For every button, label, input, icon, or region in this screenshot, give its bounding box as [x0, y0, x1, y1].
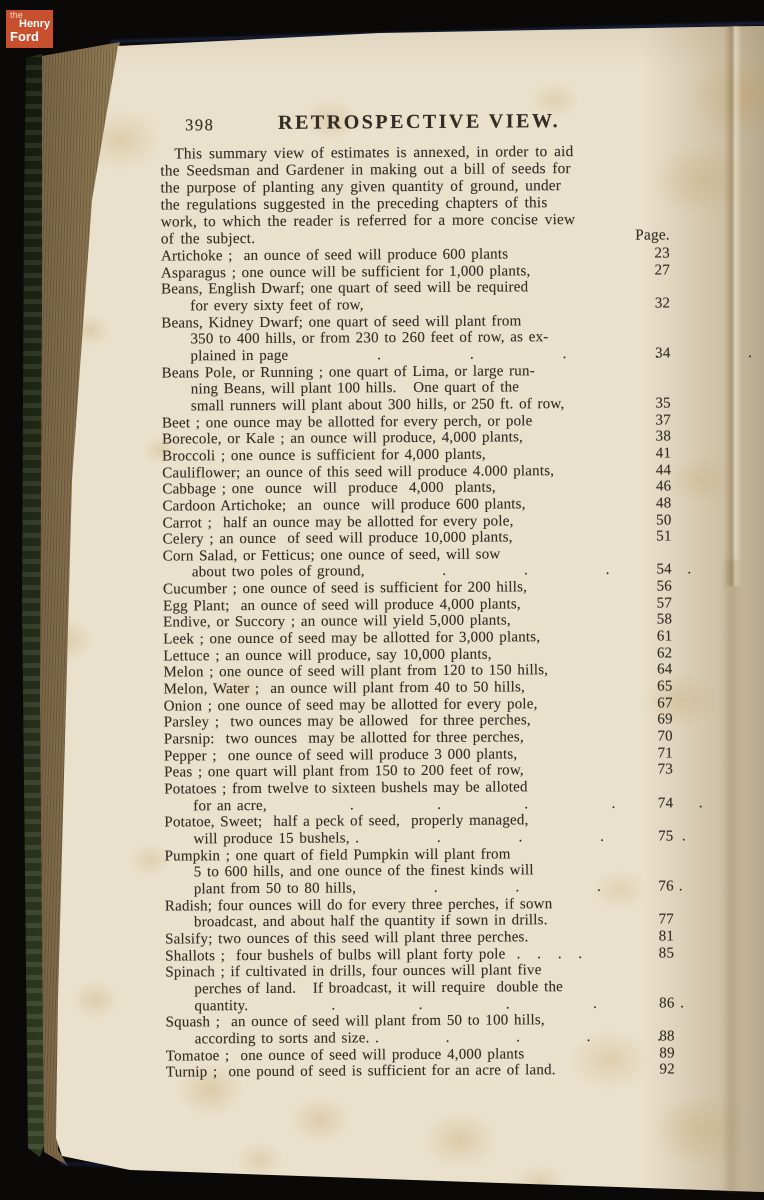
list-item: Squash ; an ounce of seed will plant fro… — [166, 1012, 675, 1048]
henry-ford-logo: the Henry Ford — [6, 10, 53, 48]
list-item: Potatoes ; from twelve to sixteen bushel… — [164, 778, 673, 814]
entry-page-number: 81 — [659, 928, 675, 945]
entry-page-number: 58 — [657, 612, 673, 629]
entries-list: Artichoke ; an ounce of seed will produc… — [161, 245, 675, 1081]
entry-page-number: 34 — [655, 345, 671, 362]
list-item: Spinach ; if cultivated in drills, four … — [165, 962, 674, 1015]
entry-page-number: 56 — [656, 579, 672, 596]
entry-page-number: 77 — [659, 912, 675, 929]
list-item: Corn Salad, or Fetticus; one ounce of se… — [163, 545, 672, 581]
entry-page-number: 86 — [659, 995, 675, 1012]
page-header: 398 RETROSPECTIVE VIEW. — [160, 109, 669, 139]
list-item: Beans, English Dwarf; one quart of seed … — [161, 279, 670, 315]
entry-page-number: 65 — [657, 679, 673, 696]
entry-page-number: 41 — [656, 445, 672, 462]
list-item: Radish; four ounces will do for every th… — [165, 895, 674, 931]
logo-ford: Ford — [10, 29, 39, 44]
entry-page-number: 38 — [656, 429, 672, 446]
list-item: Turnip ; one pound of seed is sufficient… — [166, 1062, 675, 1082]
entry-page-number: 71 — [658, 745, 674, 762]
entry-page-number: 70 — [657, 728, 673, 745]
entry-page-number: 35 — [655, 395, 671, 412]
entry-page-number: 92 — [659, 1062, 675, 1079]
entry-page-number: 62 — [657, 645, 673, 662]
entry-page-number: 57 — [657, 595, 673, 612]
entry-line: Turnip ; one pound of seed is sufficient… — [166, 1062, 675, 1082]
entry-page-number: 23 — [654, 245, 670, 262]
entry-page-number: 67 — [657, 695, 673, 712]
entry-page-number: 69 — [657, 712, 673, 729]
page-title: RETROSPECTIVE VIEW. — [278, 110, 560, 135]
gutter-crease-lower — [722, 560, 742, 1192]
entry-page-number: 85 — [659, 945, 675, 962]
page-content: 398 RETROSPECTIVE VIEW. This summary vie… — [160, 109, 675, 1081]
entry-page-number: 88 — [659, 1028, 675, 1045]
entry-page-number: 74 — [658, 795, 674, 812]
entry-page-number: 48 — [656, 495, 672, 512]
entry-page-number: 61 — [657, 629, 673, 646]
entry-page-number: 76 — [658, 878, 674, 895]
page-number: 398 — [185, 115, 214, 135]
entry-page-number: 37 — [655, 412, 671, 429]
intro-last-text: of the subject. — [161, 230, 256, 248]
page-column-label: Page. — [635, 226, 670, 243]
entry-page-number: 51 — [656, 529, 672, 546]
list-item: Beans Pole, or Running ; one quart of Li… — [162, 362, 671, 415]
entry-page-number: 73 — [658, 762, 674, 779]
list-item: Potatoe, Sweet; half a peck of seed, pro… — [164, 812, 673, 848]
entry-page-number: 89 — [659, 1045, 675, 1062]
intro-last-line: of the subject. Page. — [161, 227, 670, 247]
gutter-crease — [724, 26, 742, 586]
entry-page-number: 44 — [656, 462, 672, 479]
list-item: Beans, Kidney Dwarf; one quart of seed w… — [161, 312, 670, 365]
entry-page-number: 50 — [656, 512, 672, 529]
entry-page-number: 75 — [658, 828, 674, 845]
entry-page-number: 32 — [655, 295, 671, 312]
list-item: Pumpkin ; one quart of field Pumpkin wil… — [165, 845, 674, 898]
entry-page-number: 27 — [655, 262, 671, 279]
intro-paragraph: This summary view of estimates is annexe… — [160, 142, 670, 247]
entry-page-number: 46 — [656, 479, 672, 496]
entry-page-number: 54 — [656, 562, 672, 579]
entry-page-number: 64 — [657, 662, 673, 679]
book-scan-photo: { "logo": { "line1": "the", "line2": "He… — [0, 0, 764, 1200]
